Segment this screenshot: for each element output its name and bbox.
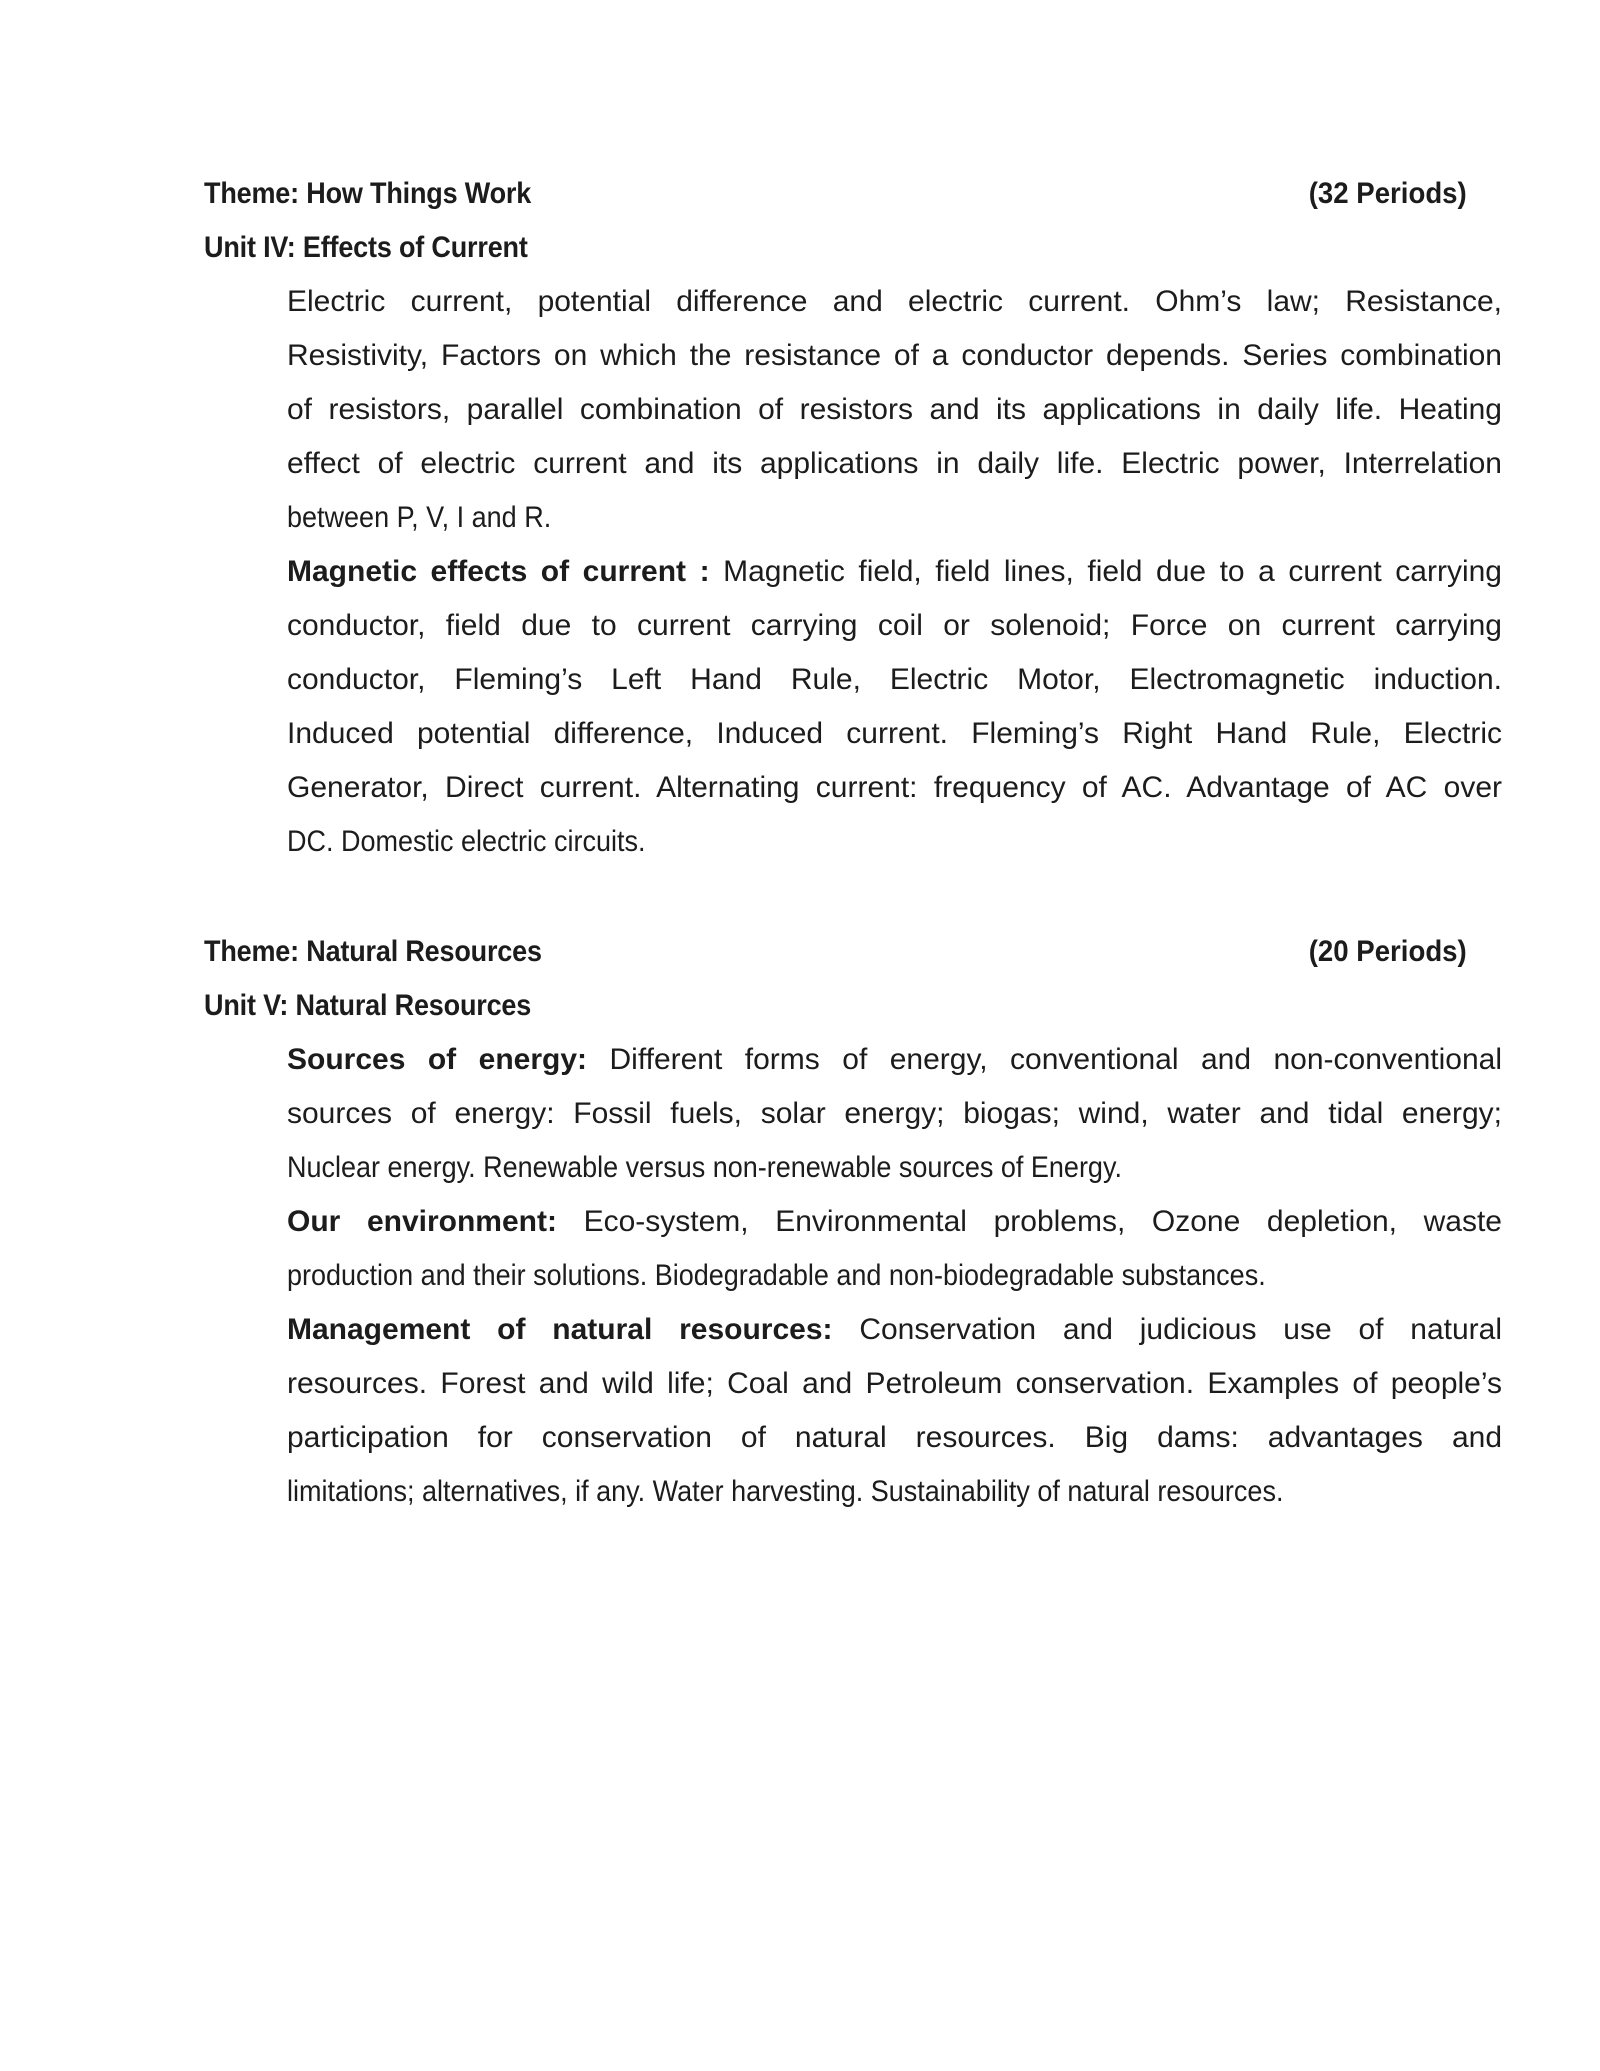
section-natural-resources: Theme: Natural Resources (20 Periods) Un… bbox=[0, 925, 1600, 1519]
text-line: conductor, field due to current carrying… bbox=[287, 599, 1502, 653]
text-line: Magnetic effects of current : Magnetic f… bbox=[287, 545, 1502, 599]
text-line: effect of electric current and its appli… bbox=[287, 437, 1502, 491]
text-line: Our environment: Eco-system, Environment… bbox=[287, 1195, 1502, 1249]
paragraph-management-of-resources: Management of natural resources: Conserv… bbox=[287, 1303, 1502, 1519]
text-line: DC. Domestic electric circuits. bbox=[287, 815, 1502, 869]
text-line: of resistors, parallel combination of re… bbox=[287, 383, 1502, 437]
bold-lead: Our environment: bbox=[287, 1205, 557, 1238]
unit-body: Sources of energy: Different forms of en… bbox=[287, 1033, 1502, 1519]
text-line: sources of energy: Fossil fuels, solar e… bbox=[287, 1087, 1502, 1141]
text-line: Induced potential difference, Induced cu… bbox=[287, 707, 1502, 761]
unit-title: Unit V: Natural Resources bbox=[204, 979, 531, 1033]
text-line: Nuclear energy. Renewable versus non-ren… bbox=[287, 1141, 1502, 1195]
paragraph-magnetic-effects: Magnetic effects of current : Magnetic f… bbox=[287, 545, 1502, 869]
text-line: Sources of energy: Different forms of en… bbox=[287, 1033, 1502, 1087]
unit-body: Electric current, potential difference a… bbox=[287, 275, 1502, 869]
paragraph-our-environment: Our environment: Eco-system, Environment… bbox=[287, 1195, 1502, 1303]
periods-count: (20 Periods) bbox=[1309, 925, 1467, 979]
unit-row: Unit IV: Effects of Current bbox=[0, 221, 1600, 275]
theme-title: Theme: Natural Resources bbox=[204, 925, 542, 979]
section-how-things-work: Theme: How Things Work (32 Periods) Unit… bbox=[0, 167, 1600, 869]
text-line: production and their solutions. Biodegra… bbox=[287, 1249, 1502, 1303]
bold-lead: Sources of energy: bbox=[287, 1043, 587, 1076]
theme-row: Theme: How Things Work (32 Periods) bbox=[0, 167, 1600, 221]
text-line: between P, V, I and R. bbox=[287, 491, 1502, 545]
unit-row: Unit V: Natural Resources bbox=[0, 979, 1600, 1033]
unit-title: Unit IV: Effects of Current bbox=[204, 221, 528, 275]
paragraph-sources-of-energy: Sources of energy: Different forms of en… bbox=[287, 1033, 1502, 1195]
theme-row: Theme: Natural Resources (20 Periods) bbox=[0, 925, 1600, 979]
text-line: participation for conservation of natura… bbox=[287, 1411, 1502, 1465]
text-line: Generator, Direct current. Alternating c… bbox=[287, 761, 1502, 815]
paragraph-effects-of-current: Electric current, potential difference a… bbox=[287, 275, 1502, 545]
periods-count: (32 Periods) bbox=[1309, 167, 1467, 221]
bold-lead: Magnetic effects of current : bbox=[287, 555, 710, 588]
theme-title: Theme: How Things Work bbox=[204, 167, 531, 221]
text-line: limitations; alternatives, if any. Water… bbox=[287, 1465, 1502, 1519]
text-line: resources. Forest and wild life; Coal an… bbox=[287, 1357, 1502, 1411]
text-line: conductor, Fleming’s Left Hand Rule, Ele… bbox=[287, 653, 1502, 707]
text-line: Resistivity, Factors on which the resist… bbox=[287, 329, 1502, 383]
text-line: Electric current, potential difference a… bbox=[287, 275, 1502, 329]
text-line: Management of natural resources: Conserv… bbox=[287, 1303, 1502, 1357]
bold-lead: Management of natural resources: bbox=[287, 1313, 833, 1346]
syllabus-page: Theme: How Things Work (32 Periods) Unit… bbox=[0, 0, 1600, 2071]
